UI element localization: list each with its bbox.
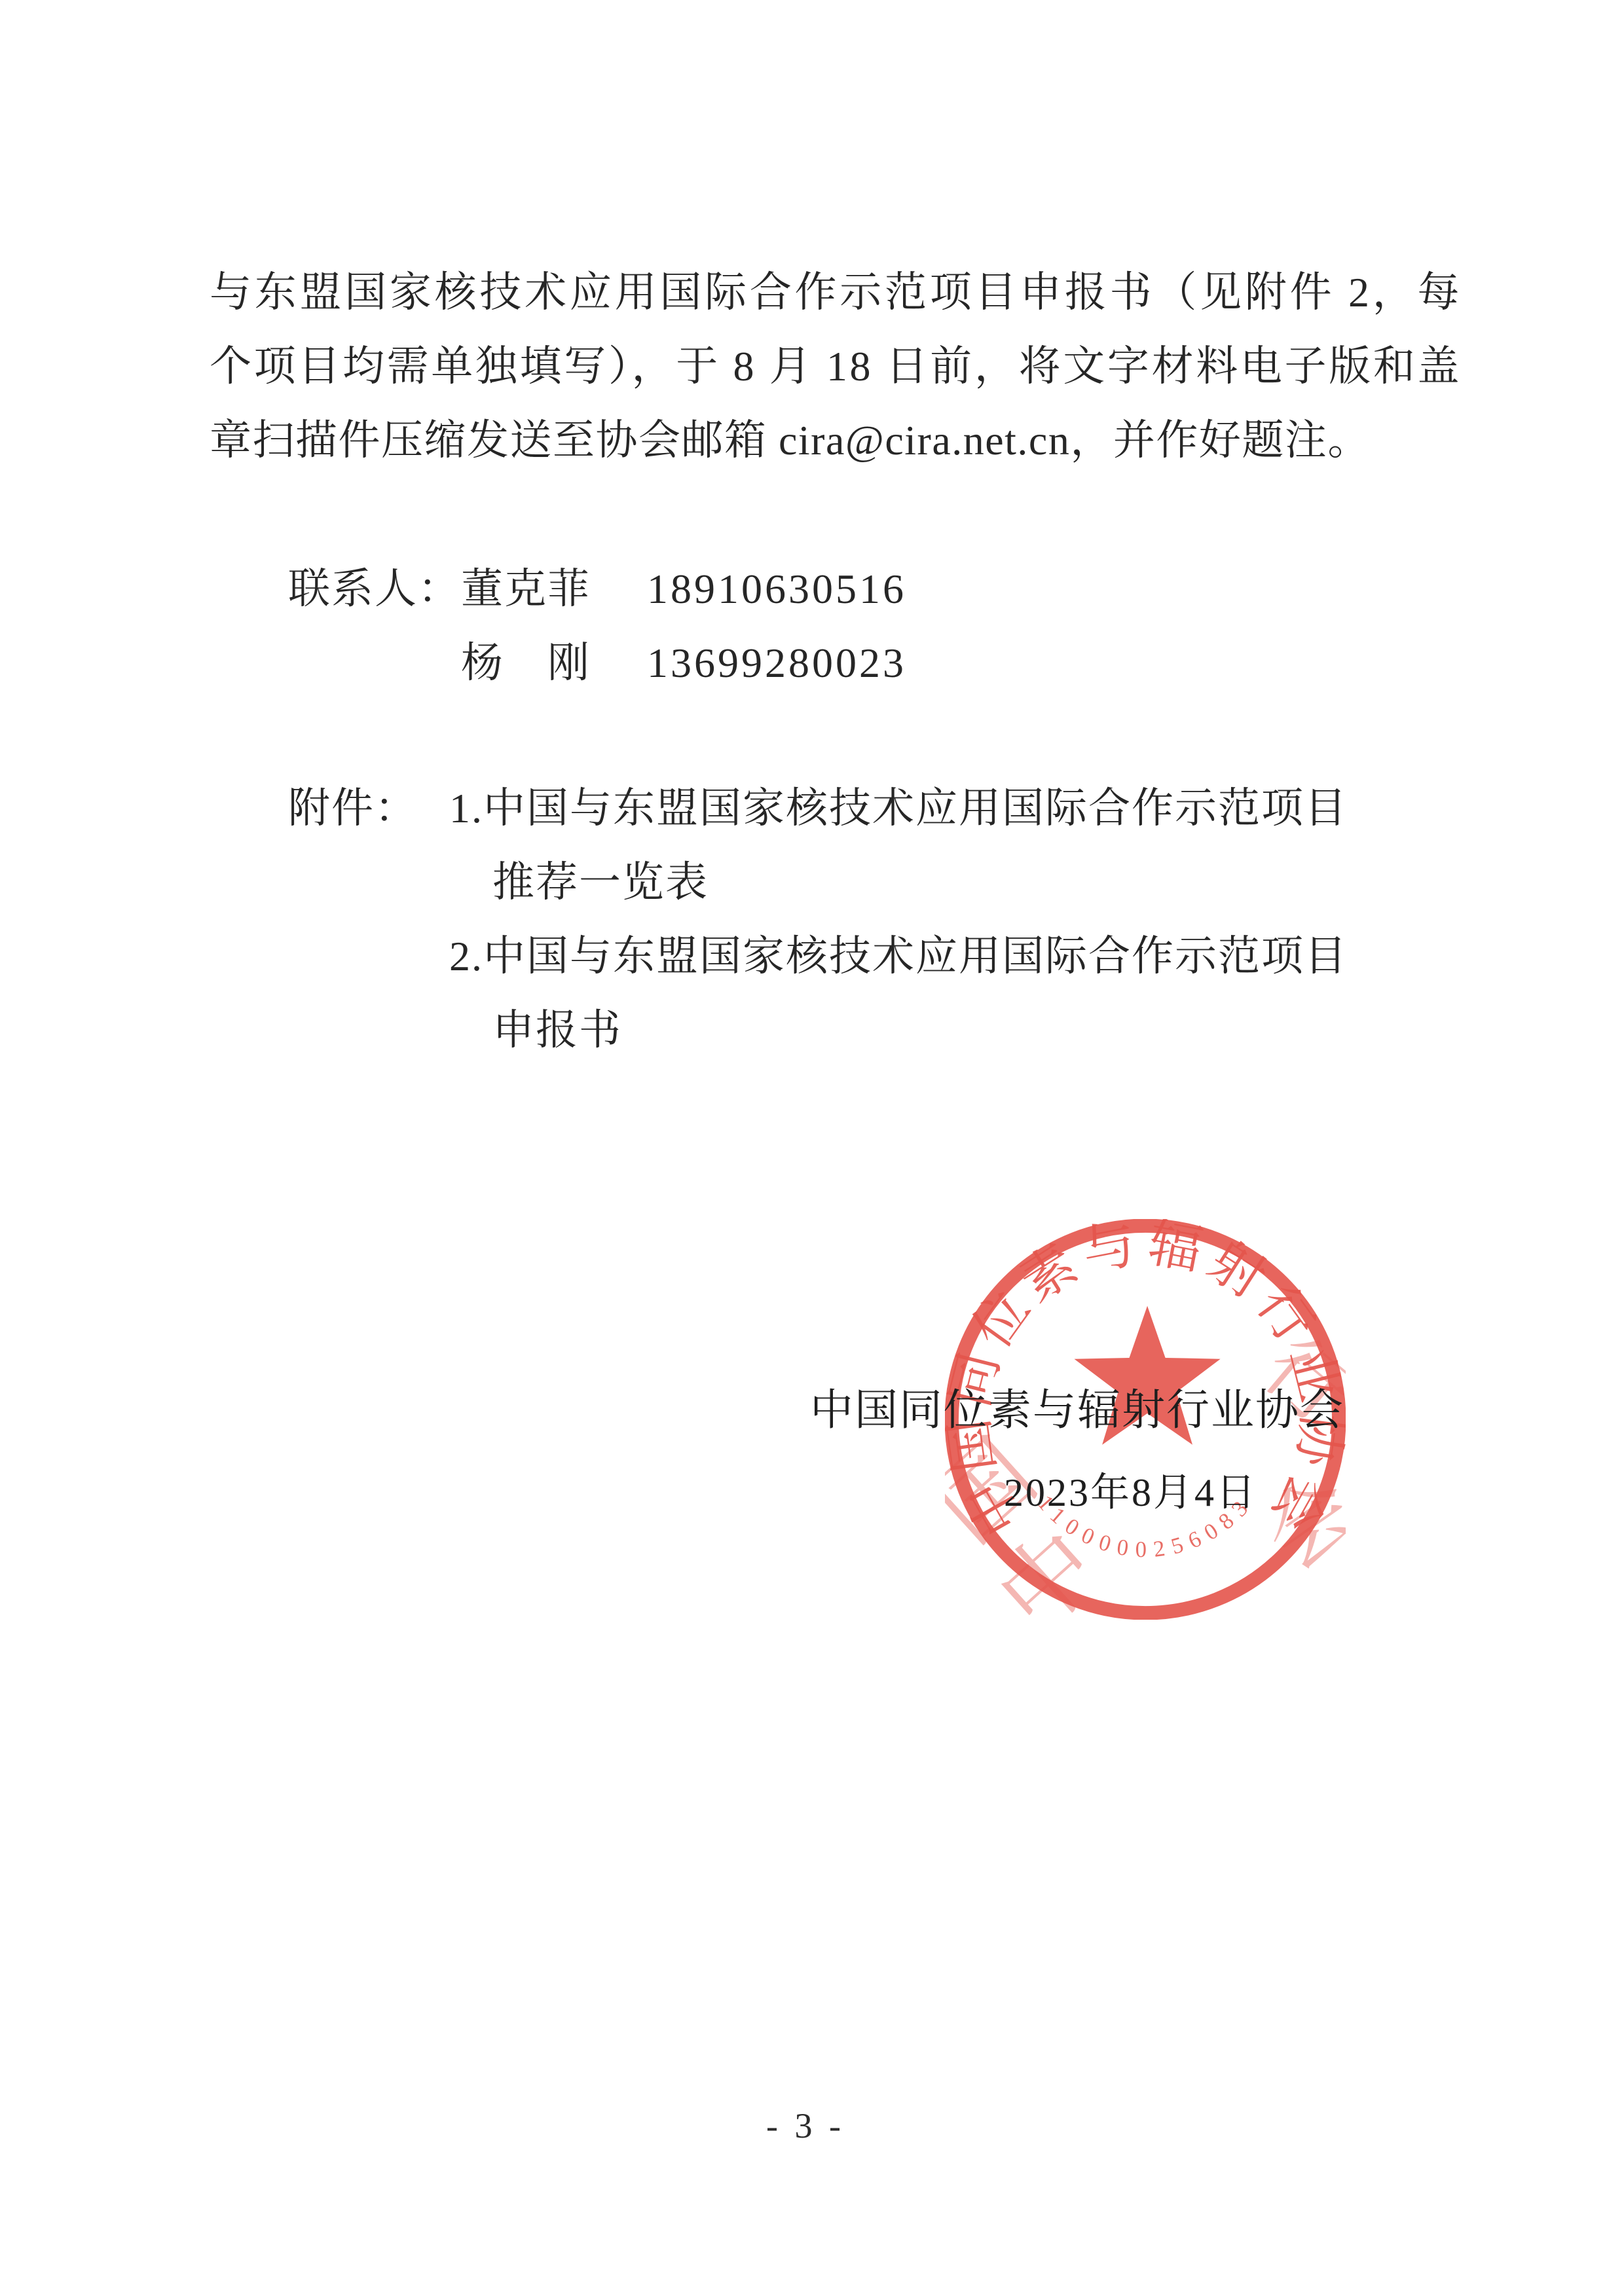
contact-phone: 18910630516 [647,552,906,626]
attachment-item-number: 2. [449,933,483,979]
contact-name: 董克菲 [461,552,647,626]
attachment-item-title: 2.中国与东盟国家核技术应用国际合作示范项目 [449,919,1348,993]
paragraph-line: 个项目均需单独填写），于 8 月 18 日前，将文字材料电子版和盖 [210,329,1462,403]
paragraph-line: 章扫描件压缩发送至协会邮箱 cira@cira.net.cn，并作好题注。 [210,403,1462,477]
contact-row: 杨 刚13699280023 [288,626,906,700]
attachment-item: 2.中国与东盟国家核技术应用国际合作示范项目 申报书 [449,919,1348,1067]
attachment-item-text: 中国与东盟国家核技术应用国际合作示范项目 [483,785,1348,831]
attachment-item-text-cont: 申报书 [449,993,1348,1067]
contact-block: 联系人：董克菲18910630516 杨 刚13699280023 [288,552,906,700]
document-page: 与东盟国家核技术应用国际合作示范项目申报书（见附件 2，每 个项目均需单独填写）… [0,0,1624,2296]
attachment-item-title: 1.中国与东盟国家核技术应用国际合作示范项目 [449,771,1348,845]
attachment-item: 1.中国与东盟国家核技术应用国际合作示范项目 推荐一览表 [449,771,1348,919]
contact-label: 联系人： [288,552,461,626]
attachment-item-number: 1. [449,785,483,831]
attachment-items: 1.中国与东盟国家核技术应用国际合作示范项目 推荐一览表 2.中国与东盟国家核技… [449,771,1348,1067]
signature-date: 2023年8月4日 [1004,1461,1257,1518]
signature-organization: 中国同位素与辐射行业协会 [810,1375,1344,1437]
page-number: - 3 - [720,2105,891,2146]
attachment-item-text: 中国与东盟国家核技术应用国际合作示范项目 [483,933,1348,979]
contact-row: 联系人：董克菲18910630516 [288,552,906,626]
attachment-item-text-cont: 推荐一览表 [449,845,1348,919]
attachment-label: 附件： [288,771,449,845]
contact-phone: 13699280023 [647,626,906,700]
paragraph-line: 与东盟国家核技术应用国际合作示范项目申报书（见附件 2，每 [210,255,1462,329]
body-paragraph: 与东盟国家核技术应用国际合作示范项目申报书（见附件 2，每 个项目均需单独填写）… [210,255,1462,477]
contact-name: 杨 刚 [461,626,647,700]
attachment-block: 附件： 1.中国与东盟国家核技术应用国际合作示范项目 推荐一览表 2.中国与东盟… [288,771,1348,1067]
